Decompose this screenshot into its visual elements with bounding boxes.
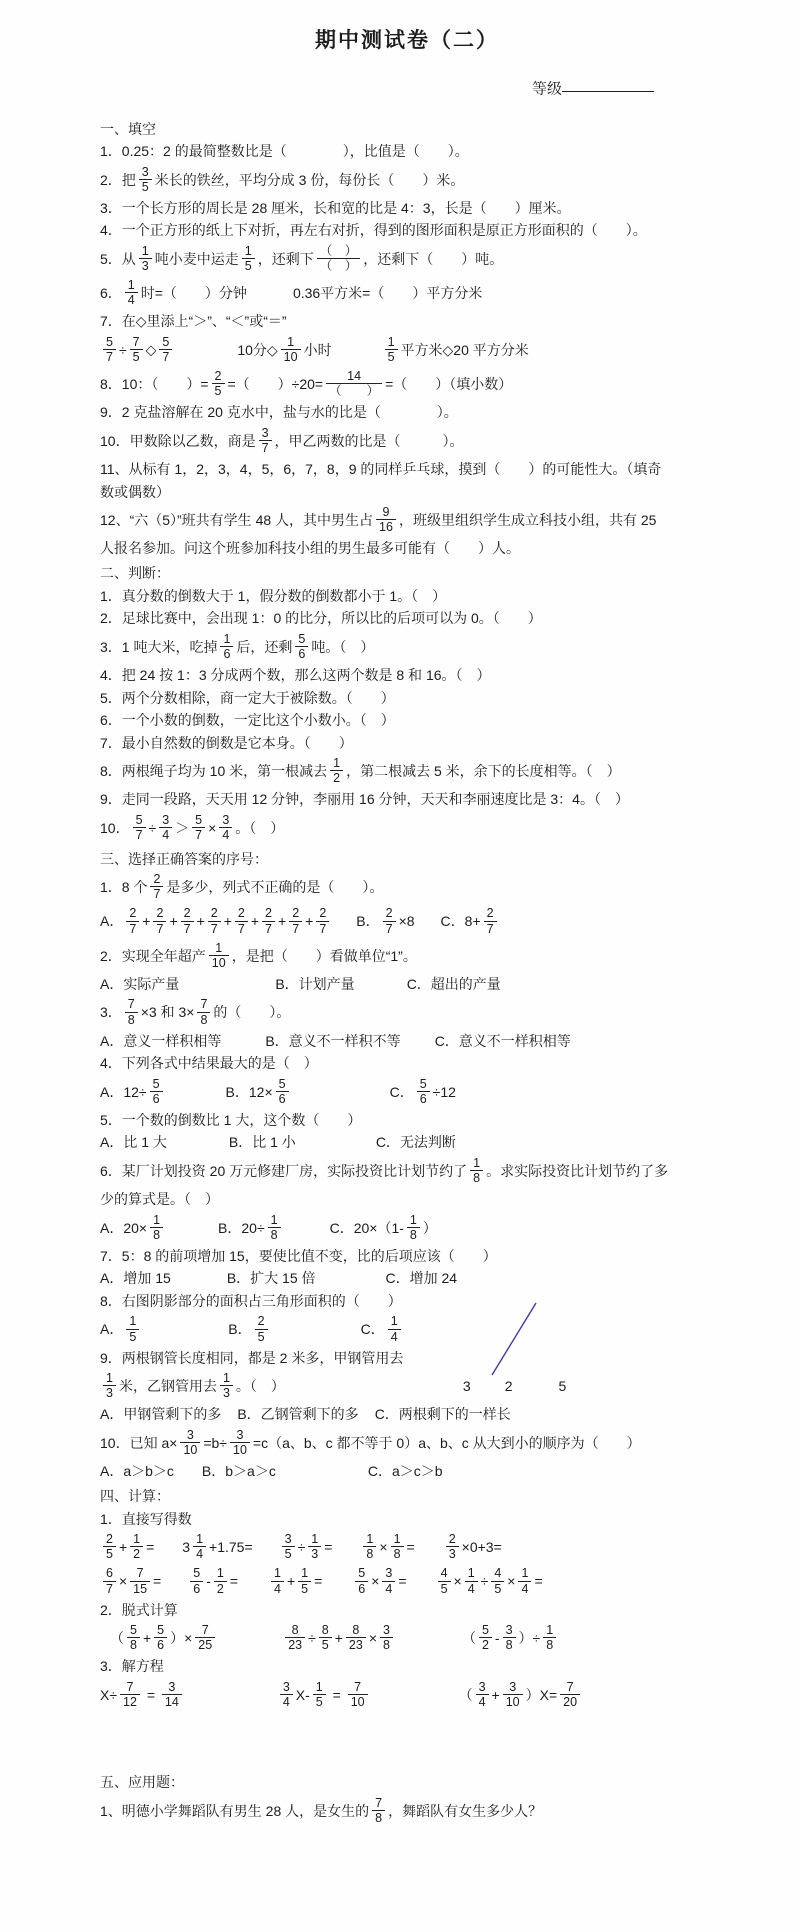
text-run: ×0+3= (462, 1539, 502, 1555)
gap (166, 1094, 226, 1095)
text-run: ，是把（ ）看做单位“1”。 (232, 947, 417, 963)
fraction: 15 (385, 335, 398, 365)
text-run: 后，还剩 (236, 639, 292, 655)
fraction: 310 (503, 1680, 523, 1710)
fraction-denominator: 7 (383, 922, 396, 936)
fraction-denominator: （ ） (317, 259, 361, 273)
fraction-numerator: （ ） (317, 244, 361, 259)
fraction-numerator: 2 (446, 1532, 459, 1547)
text-run: ×3 和 3× (141, 1004, 195, 1020)
gap (332, 1550, 360, 1551)
fraction-numerator: 14 (326, 369, 382, 384)
fraction-numerator: 5 (190, 1566, 203, 1581)
text-run: =c（a、b、c 都不等于 0）a、b、c 从大到小的顺序为（ ） (253, 1435, 641, 1451)
fraction-denominator: （ ） (326, 384, 382, 398)
doc-line: 少的算式是。（ ） (100, 1189, 714, 1209)
fraction-denominator: 2 (479, 1638, 492, 1652)
text-run: +1.75= (209, 1539, 253, 1555)
text-run: =b÷ (203, 1435, 227, 1451)
text-run: + (169, 913, 177, 929)
fraction: 58 (127, 1623, 140, 1653)
text-run: 9．两根钢管长度相同，都是 2 米多，甲钢管用去 (100, 1350, 403, 1366)
text-run: ）X= (526, 1687, 558, 1703)
fraction-denominator: 5 (319, 1638, 332, 1652)
text-run: A． (100, 913, 123, 929)
fraction-numerator: 6 (103, 1566, 116, 1581)
fraction: 75 (130, 335, 143, 365)
section-header-judge: 二、判断： (100, 563, 714, 583)
fraction: 27 (484, 906, 497, 936)
fraction-numerator: 7 (195, 1623, 215, 1638)
section-header-word-problems: 五、应用题： (100, 1772, 714, 1792)
gap (247, 296, 293, 297)
fraction-denominator: 6 (417, 1092, 430, 1106)
text-run: ，舞蹈队有女生多少人？ (388, 1802, 542, 1818)
fraction-denominator: 3 (220, 1386, 233, 1400)
text-run: = (534, 1573, 542, 1589)
text-run: 3． (100, 1004, 122, 1020)
text-run: 10分◇ (237, 342, 277, 358)
fraction-denominator: 23 (285, 1638, 305, 1652)
fraction-denominator: 7 (235, 922, 248, 936)
fraction-numerator: 7 (348, 1680, 368, 1695)
text-run: ◇ (146, 341, 157, 357)
fraction-denominator: 4 (125, 293, 138, 307)
text-run: B．扩大 15 倍 (227, 1270, 316, 1286)
gap (415, 1550, 443, 1551)
text-run: C． (361, 1321, 385, 1337)
doc-line: 1．0.25：2 的最简整数比是（ ），比值是（ ）。 (100, 141, 714, 161)
fraction-numerator: 5 (417, 1077, 430, 1092)
fraction-denominator: 10 (281, 350, 301, 364)
fraction-numerator: 2 (316, 906, 329, 921)
text-run: 3 (182, 1539, 190, 1555)
gap (332, 352, 382, 353)
fraction-numerator: 2 (484, 906, 497, 921)
text-run: ，第二根减去 5 米，余下的长度相等。（ ） (346, 763, 621, 779)
fraction: 110 (281, 335, 301, 365)
fraction-denominator: 7 (133, 828, 146, 842)
fraction-denominator: 8 (127, 1638, 140, 1652)
text-run: 2．实现全年超产 (100, 947, 206, 963)
gap (401, 1043, 435, 1044)
fraction-denominator: 3 (308, 1547, 321, 1561)
fraction-denominator: 4 (271, 1582, 284, 1596)
fraction: 78 (125, 997, 138, 1027)
doc-line: A．a＞b＞cB．b＞a＞cC．a＞c＞b (100, 1461, 714, 1481)
fraction-numerator: 1 (126, 1314, 139, 1329)
fraction-denominator: 6 (355, 1582, 368, 1596)
fraction: 13 (308, 1532, 321, 1562)
fraction-denominator: 10 (230, 1443, 250, 1457)
fraction: 14 (388, 1314, 401, 1344)
doc-line: 67×715=56-12=14+15=56×34=45×14÷45×14= (100, 1565, 714, 1597)
text-run: 5．一个数的倒数比 1 大，这个数（ ） (100, 1112, 361, 1128)
text-run: 。（ ） (235, 820, 284, 836)
fraction: 45 (491, 1566, 504, 1596)
fraction-numerator: 8 (285, 1623, 305, 1638)
fraction-denominator: 5 (282, 1547, 295, 1561)
fraction-numerator: 9 (376, 505, 396, 520)
fraction-denominator: 8 (268, 1228, 281, 1242)
text-run: B．b＞a＞c (202, 1463, 276, 1479)
fraction: 14 (193, 1532, 206, 1562)
choice-8-options: A．15B．25C．14 (100, 1313, 714, 1345)
doc-line: 7．在◇里添上“＞”、“＜”或“＝” (100, 311, 714, 331)
fraction-denominator: 8 (543, 1638, 556, 1652)
text-run: 平方米◇20 平方分米 (401, 342, 529, 358)
fraction-denominator: 5 (255, 1330, 268, 1344)
text-run: 1．8 个 (100, 879, 147, 895)
gap (238, 1584, 268, 1585)
doc-line: A．12÷56B．12×56C．56÷12 (100, 1076, 714, 1108)
fraction-denominator: 8 (503, 1638, 516, 1652)
fraction-denominator: 7 (289, 922, 302, 936)
fraction-numerator: 1 (281, 335, 301, 350)
fraction-denominator: 2 (130, 1547, 143, 1561)
text-run: ÷ (149, 820, 157, 836)
fraction-numerator: 5 (355, 1566, 368, 1581)
fraction: 27 (235, 906, 248, 936)
fraction-numerator: 2 (181, 906, 194, 921)
text-run: =（ ）÷20= (228, 376, 324, 392)
fraction: 85 (319, 1623, 332, 1653)
text-run: = (153, 1573, 161, 1589)
text-run: 6． (100, 285, 122, 301)
text-run: ÷ (298, 1539, 306, 1555)
text-run: 。求实际投资比计划节约了多 (486, 1163, 668, 1179)
fraction-numerator: 7 (560, 1680, 580, 1695)
text-run: + (119, 1539, 127, 1555)
doc-line: 2．足球比赛中，会出现 1：0 的比分，所以比的后项可以为 0。（ ） (100, 608, 714, 628)
fraction: 34 (280, 1680, 293, 1710)
text-run: = (143, 1687, 159, 1703)
gap (415, 924, 441, 925)
text-run: + (224, 913, 232, 929)
fraction-numerator: 5 (479, 1623, 492, 1638)
fraction-denominator: 7 (316, 922, 329, 936)
fraction: 725 (195, 1623, 215, 1653)
text-run: 小时 (304, 342, 332, 358)
fraction: 27 (153, 906, 166, 936)
gap (316, 1281, 386, 1282)
text-run: C．无法判断 (376, 1134, 456, 1150)
text-run: 米，乙钢管用去 (119, 1378, 217, 1394)
text-run: = (146, 1539, 154, 1555)
fraction-numerator: 3 (259, 426, 272, 441)
text-run: 9．2 克盐溶解在 20 克水中，盐与水的比是（ ）。 (100, 404, 458, 420)
text-run: A．a＞b＞c (100, 1463, 174, 1479)
fraction: 15 (126, 1314, 139, 1344)
fraction-denominator: 7 (192, 828, 205, 842)
fraction-denominator: 4 (476, 1695, 489, 1709)
doc-line: 57÷75◇5710分◇110小时15平方米◇20 平方分米 (100, 334, 714, 366)
text-run: X÷ (100, 1687, 117, 1703)
text-run: 9．走同一段路，天天用 12 分钟，李丽用 16 分钟，天天和李丽速度比是 3：… (100, 791, 629, 807)
fraction-numerator: 2 (383, 906, 396, 921)
fraction-denominator: 20 (560, 1695, 580, 1709)
fraction-numerator: 1 (220, 1371, 233, 1386)
text-run: C．增加 24 (386, 1270, 458, 1286)
text-run: 0.36平方米=（ ）平方分米 (293, 285, 482, 301)
text-run: + (251, 913, 259, 929)
doc-line: 10．57÷34＞57×34。（ ） (100, 812, 714, 844)
fraction: 27 (181, 906, 194, 936)
fraction-denominator: 4 (465, 1582, 478, 1596)
fraction-numerator: 3 (503, 1623, 516, 1638)
text-run: C．8+ (441, 913, 481, 929)
fraction: 25 (255, 1314, 268, 1344)
fraction-denominator: 7 (262, 922, 275, 936)
gap (218, 1641, 282, 1642)
text-run: 吨小麦中运走 (155, 251, 239, 267)
fraction-denominator: 8 (407, 1228, 420, 1242)
fraction: 310 (180, 1428, 200, 1458)
fraction: 25 (103, 1532, 116, 1562)
fraction-denominator: 4 (518, 1582, 531, 1596)
fraction: 27 (262, 906, 275, 936)
doc-line: 3．1 吨大米，吃掉16后，还剩56吨。（ ） (100, 631, 714, 663)
doc-line: A．实际产量B．计划产量C．超出的产量 (100, 974, 714, 994)
fraction-numerator: 1 (220, 632, 233, 647)
doc-line: 1．8 个27是多少，列式不正确的是（ ）。 (100, 871, 714, 903)
text-run: 3．解方程 (100, 1658, 164, 1674)
fraction-denominator: 2 (214, 1582, 227, 1596)
text-run: × (379, 1539, 387, 1555)
fraction-denominator: 6 (295, 647, 308, 661)
section-header-compute: 四、计算： (100, 1486, 714, 1506)
text-run: ÷ (481, 1573, 489, 1589)
text-run: （ (462, 1630, 476, 1646)
text-run: ，班级里组织学生成立科技小组，共有 25 (399, 512, 656, 528)
doc-line: 人报名参加。问这个班参加科技小组的男生最多可能有（ ）人。 (100, 538, 714, 558)
text-run: B． (356, 913, 379, 929)
fraction-denominator: 5 (130, 350, 143, 364)
text-run: 吨。（ ） (311, 639, 374, 655)
text-run: A．实际产量 (100, 976, 179, 992)
doc-line: A．意义一样积相等B．意义不一样积不等C．意义不一样积相等 (100, 1031, 714, 1051)
doc-line: 10．已知 a×310=b÷310=c（a、b、c 都不等于 0）a、b、c 从… (100, 1427, 714, 1459)
fraction-numerator: 4 (438, 1566, 451, 1581)
fraction-denominator: 3 (103, 1386, 116, 1400)
text-run: - (495, 1630, 500, 1646)
fraction: 14 (465, 1566, 478, 1596)
text-run: 。（ ） (236, 1378, 285, 1394)
fraction-denominator: 8 (470, 1171, 483, 1185)
doc-line: A．比 1 大B．比 1 小C．无法判断 (100, 1132, 714, 1152)
doc-line: 7．5：8 的前项增加 15，要使比值不变，比的后项应该（ ） (100, 1246, 714, 1266)
fraction-numerator: 1 (543, 1623, 556, 1638)
fraction: 34 (219, 813, 232, 843)
fraction-numerator: 7 (130, 1566, 150, 1581)
gap (221, 1043, 265, 1044)
fraction-numerator: 7 (130, 335, 143, 350)
text-run: B．12× (226, 1083, 273, 1099)
fraction-numerator: 1 (130, 1532, 143, 1547)
text-run: 少的算式是。（ ） (100, 1191, 219, 1207)
fraction-numerator: 2 (289, 906, 302, 921)
fraction: 18 (543, 1623, 556, 1653)
doc-line: 6．14时=（ ）分钟0.36平方米=（ ）平方分米 (100, 277, 714, 309)
text-run: ）÷ (519, 1630, 541, 1646)
text-run: 6．一个小数的倒数，一定比这个小数小。（ ） (100, 712, 395, 728)
fraction-denominator: 12 (120, 1695, 140, 1709)
fraction: 27 (289, 906, 302, 936)
text-run: 五、应用题： (100, 1774, 184, 1790)
text-run: C．意义不一样积相等 (435, 1033, 571, 1049)
text-run: + (305, 913, 313, 929)
text-run: + (335, 1630, 343, 1646)
fraction-numerator: 2 (126, 906, 139, 921)
fraction-denominator: 10 (348, 1695, 368, 1709)
text-run: 是多少，列式不正确的是（ ）。 (166, 879, 383, 895)
text-run: C．a＞c＞b (368, 1463, 443, 1479)
doc-line: 1．直接写得数 (100, 1509, 714, 1529)
fraction-denominator: 4 (280, 1695, 293, 1709)
text-run: 时=（ ）分钟 (141, 285, 247, 301)
gap (166, 1230, 218, 1231)
fraction-denominator: 7 (103, 1582, 116, 1596)
gap (174, 1474, 202, 1475)
fraction-denominator: 4 (382, 1582, 395, 1596)
gap (175, 352, 237, 353)
fraction: 37 (259, 426, 272, 456)
fraction-numerator: 1 (308, 1532, 321, 1547)
text-run: 10． (100, 820, 130, 836)
fraction: 38 (380, 1623, 393, 1653)
fraction: 314 (162, 1680, 182, 1710)
doc-line: 9．2 克盐溶解在 20 克水中，盐与水的比是（ ）。 (100, 402, 714, 422)
text-run: × (454, 1573, 462, 1589)
text-run: 四、计算： (100, 1488, 170, 1504)
text-run: × (119, 1573, 127, 1589)
fraction-denominator: 6 (150, 1092, 163, 1106)
fraction-numerator: 1 (363, 1532, 376, 1547)
fraction-denominator: 7 (259, 441, 272, 455)
text-run: + (287, 1573, 295, 1589)
doc-line: 10．甲数除以乙数，商是37，甲乙两数的比是（ ）。 (100, 425, 714, 457)
fraction-denominator: 8 (391, 1547, 404, 1561)
text-run: 三、选择正确答案的序号： (100, 851, 268, 867)
fraction-denominator: 7 (103, 350, 116, 364)
doc-line: A．增加 15B．扩大 15 倍C．增加 24 (100, 1268, 714, 1288)
gap (513, 1389, 559, 1390)
fraction-denominator: 5 (491, 1582, 504, 1596)
fraction-numerator: 5 (150, 1077, 163, 1092)
fraction-numerator: 5 (295, 632, 308, 647)
text-run: 1、明德小学舞蹈队有男生 28 人，是女生的 (100, 1802, 369, 1818)
text-run: 3．一个长方形的周长是 28 厘米，长和宽的比是 4：3，长是（ ）厘米。 (100, 200, 571, 216)
fraction: 720 (560, 1680, 580, 1710)
text-run: 人报名参加。问这个班参加科技小组的男生最多可能有（ ）人。 (100, 540, 520, 556)
text-run: A．甲钢管剩下的多 (100, 1406, 221, 1422)
doc-line: 25+12=314+1.75=35÷13=18×18=23×0+3= (100, 1531, 714, 1563)
fraction: 18 (470, 1156, 483, 1186)
text-run: ，还剩下（ ）吨。 (363, 251, 503, 267)
fraction-denominator: 6 (190, 1582, 203, 1596)
fraction-denominator: 8 (150, 1228, 163, 1242)
fraction-numerator: 5 (154, 1623, 167, 1638)
text-run: + (278, 913, 286, 929)
fraction-numerator: 2 (255, 1314, 268, 1329)
fraction: 56 (355, 1566, 368, 1596)
doc-line: 2．脱式计算 (100, 1600, 714, 1620)
fraction-denominator: 5 (438, 1582, 451, 1596)
text-run: ，甲乙两数的比是（ ）。 (275, 433, 464, 449)
fraction: 18 (268, 1213, 281, 1243)
text-run: + (143, 1630, 151, 1646)
fraction: 23 (446, 1532, 459, 1562)
text-run: × (371, 1573, 379, 1589)
fraction-denominator: 4 (159, 828, 172, 842)
doc-line: 2．实现全年超产110，是把（ ）看做单位“1”。 (100, 940, 714, 972)
text-run: A． (100, 1321, 123, 1337)
text-run: = (230, 1573, 238, 1589)
fraction: 823 (285, 1623, 305, 1653)
fraction-denominator: 5 (212, 384, 225, 398)
fraction-denominator: 5 (242, 259, 255, 273)
blank-space (100, 1713, 714, 1767)
fraction-numerator: 5 (159, 335, 172, 350)
fraction-numerator: 1 (271, 1566, 284, 1581)
fraction-numerator: 1 (298, 1566, 311, 1581)
fraction: 25 (212, 369, 225, 399)
fraction: 27 (383, 906, 396, 936)
fraction: 13 (103, 1371, 116, 1401)
fraction-numerator: 4 (491, 1566, 504, 1581)
text-run: 5．从 (100, 251, 136, 267)
fraction-denominator: 5 (126, 1330, 139, 1344)
fraction-denominator: 5 (385, 350, 398, 364)
doc-line: 8．右图阴影部分的面积占三角形面积的（ ） (100, 1291, 714, 1311)
text-run: 米长的铁丝，平均分成 3 份，每份长（ ）米。 (155, 171, 465, 187)
doc-line: 数或偶数） (100, 482, 714, 502)
fraction: 34 (159, 813, 172, 843)
text-run: C．两根剩下的一样长 (375, 1406, 511, 1422)
text-run: 3．1 吨大米，吃掉 (100, 639, 217, 655)
text-run: × (208, 820, 216, 836)
fraction: 56 (190, 1566, 203, 1596)
text-run: 10．甲数除以乙数，商是 (100, 433, 256, 449)
text-run: 1．直接写得数 (100, 1511, 192, 1527)
fraction: 710 (348, 1680, 368, 1710)
fraction-denominator: 7 (159, 350, 172, 364)
fraction-numerator: 7 (125, 997, 138, 1012)
fraction-denominator: 5 (313, 1695, 326, 1709)
fraction-denominator: 14 (162, 1695, 182, 1709)
fraction: 56 (154, 1623, 167, 1653)
fraction-numerator: 2 (150, 872, 163, 887)
blank-underline (562, 76, 654, 92)
fraction: 35 (139, 165, 152, 195)
doc-line: 6．一个小数的倒数，一定比这个小数小。（ ） (100, 710, 714, 730)
fraction-denominator: 4 (219, 828, 232, 842)
text-run: 数或偶数） (100, 484, 170, 500)
gap (221, 1417, 237, 1418)
gap (371, 1697, 459, 1698)
fraction-numerator: 5 (192, 813, 205, 828)
document-body: 期中测试卷（二）等级一、填空1．0.25：2 的最简整数比是（ ），比值是（ ）… (0, 0, 800, 1826)
text-run: （ (110, 1630, 124, 1646)
fraction-numerator: 3 (280, 1680, 293, 1695)
fraction-numerator: 8 (319, 1623, 332, 1638)
fraction: 57 (159, 335, 172, 365)
fraction-numerator: 1 (242, 244, 255, 259)
grade-line: 等级 (532, 76, 714, 99)
text-run: 等级 (532, 81, 562, 98)
fraction-denominator: 5 (103, 1547, 116, 1561)
fraction-numerator: 5 (127, 1623, 140, 1638)
